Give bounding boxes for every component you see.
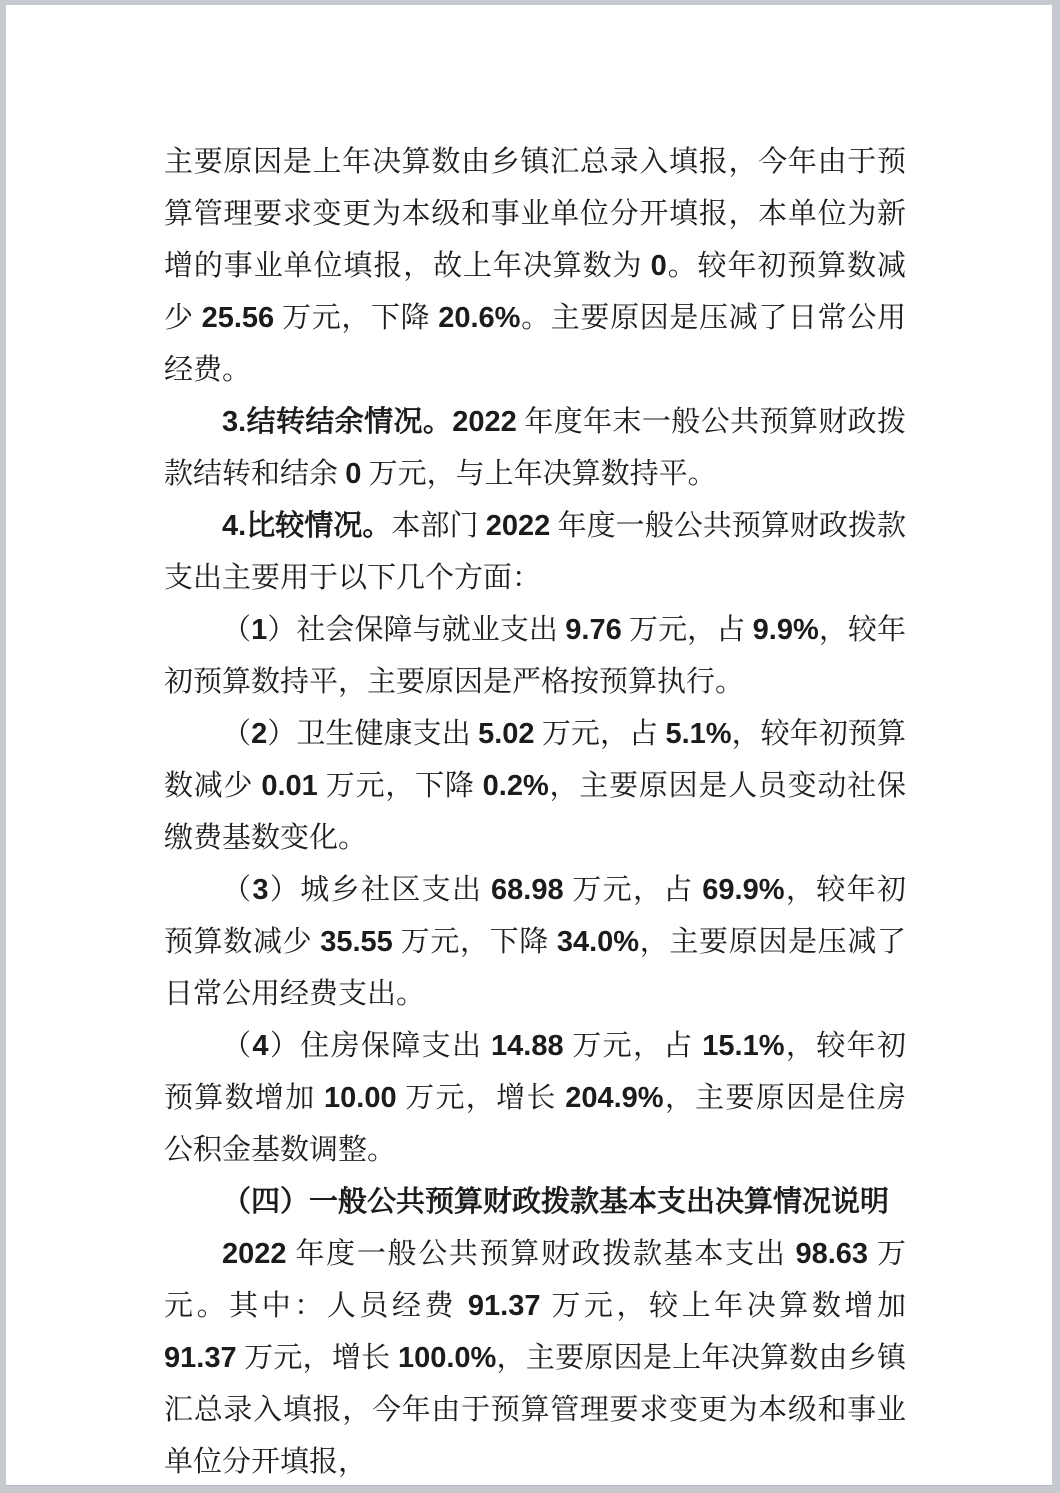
text-segment: 69.9%	[702, 874, 784, 906]
text-segment: 100.0%	[398, 1342, 496, 1374]
text-segment: 2022	[222, 1238, 287, 1270]
paragraph-carryover-status: 3.结转结余情况。2022 年度年末一般公共预算财政拨款结转和结余 0 万元，与…	[164, 396, 906, 500]
text-segment: 9.76	[565, 614, 621, 646]
text-segment: ）社会保障与就业支出	[267, 614, 565, 646]
text-segment: 比较情况。	[246, 510, 391, 542]
text-segment: 万元，增长	[237, 1342, 398, 1374]
text-segment: 万元，增长	[397, 1082, 566, 1114]
text-segment: 万元，占	[622, 614, 753, 646]
text-segment: 68.98	[491, 874, 564, 906]
text-segment: 万元，占	[564, 874, 703, 906]
text-segment: 2	[251, 718, 267, 750]
text-column: 主要原因是上年决算数由乡镇汇总录入填报，今年由于预算管理要求变更为本级和事业单位…	[164, 136, 906, 1488]
text-segment: （	[222, 1030, 252, 1062]
text-segment: ）住房保障支出	[269, 1030, 492, 1062]
text-segment: 2022	[452, 406, 517, 438]
document-page: 主要原因是上年决算数由乡镇汇总录入填报，今年由于预算管理要求变更为本级和事业单位…	[6, 5, 1052, 1485]
text-segment: 10.00	[324, 1082, 397, 1114]
text-segment: 0.01	[261, 770, 317, 802]
paragraph-comparison: 4.比较情况。本部门 2022 年度一般公共预算财政拨款支出主要用于以下几个方面…	[164, 500, 906, 604]
text-segment: 5.02	[478, 718, 534, 750]
text-segment: （四）一般公共预算财政拨款基本支出决算情况说明	[222, 1186, 889, 1218]
text-segment: 万元，占	[564, 1030, 703, 1062]
text-segment: 14.88	[491, 1030, 564, 1062]
text-segment: 2022	[486, 510, 551, 542]
text-segment: 4	[252, 1030, 268, 1062]
text-segment: （	[222, 718, 251, 750]
text-segment: 4.	[222, 510, 246, 542]
text-segment: 204.9%	[565, 1082, 663, 1114]
text-segment: （	[222, 614, 251, 646]
text-segment: 0	[345, 458, 361, 490]
text-segment: 25.56	[202, 302, 275, 334]
paragraph-item1-social-security: （1）社会保障与就业支出 9.76 万元，占 9.9%，较年初预算数持平，主要原…	[164, 604, 906, 708]
text-segment: ）卫生健康支出	[267, 718, 478, 750]
text-segment: 34.0%	[557, 926, 639, 958]
text-segment: 万元，较上年决算数增加	[541, 1290, 906, 1322]
paragraph-item3-urban-rural: （3）城乡社区支出 68.98 万元，占 69.9%，较年初预算数减少 35.5…	[164, 864, 906, 1020]
text-segment: 万元，占	[535, 718, 666, 750]
text-segment: 3.	[222, 406, 246, 438]
paragraph-item4-housing: （4）住房保障支出 14.88 万元，占 15.1%，较年初预算数增加 10.0…	[164, 1020, 906, 1176]
text-segment: 3	[252, 874, 268, 906]
text-segment: 年度一般公共预算财政拨款基本支出	[287, 1238, 796, 1270]
text-segment: 15.1%	[702, 1030, 784, 1062]
paragraph-section4-heading: （四）一般公共预算财政拨款基本支出决算情况说明	[164, 1176, 906, 1228]
text-segment: 5.1%	[665, 718, 731, 750]
text-segment: 9.9%	[753, 614, 819, 646]
text-segment: 结转结余情况。	[246, 406, 452, 438]
text-segment: 20.6%	[438, 302, 520, 334]
text-segment: 万元，下降	[274, 302, 438, 334]
text-segment: 本部门	[391, 510, 485, 542]
paragraph-prior-year-reason: 主要原因是上年决算数由乡镇汇总录入填报，今年由于预算管理要求变更为本级和事业单位…	[164, 136, 906, 396]
text-segment: 91.37	[468, 1290, 541, 1322]
text-segment: 0	[651, 250, 667, 282]
text-segment: 万元，下降	[318, 770, 483, 802]
text-segment: 35.55	[320, 926, 393, 958]
text-segment: ）城乡社区支出	[269, 874, 492, 906]
text-segment: 98.63	[795, 1238, 868, 1270]
text-segment: 0.2%	[483, 770, 549, 802]
paragraph-basic-expenditure: 2022 年度一般公共预算财政拨款基本支出 98.63 万元。其中：人员经费 9…	[164, 1228, 906, 1488]
text-segment: 万元，与上年决算数持平。	[361, 458, 716, 490]
text-segment: （	[222, 874, 252, 906]
text-segment: 1	[251, 614, 267, 646]
paragraph-item2-health: （2）卫生健康支出 5.02 万元，占 5.1%，较年初预算数减少 0.01 万…	[164, 708, 906, 864]
text-segment: 91.37	[164, 1342, 237, 1374]
text-segment: 万元，下降	[393, 926, 557, 958]
